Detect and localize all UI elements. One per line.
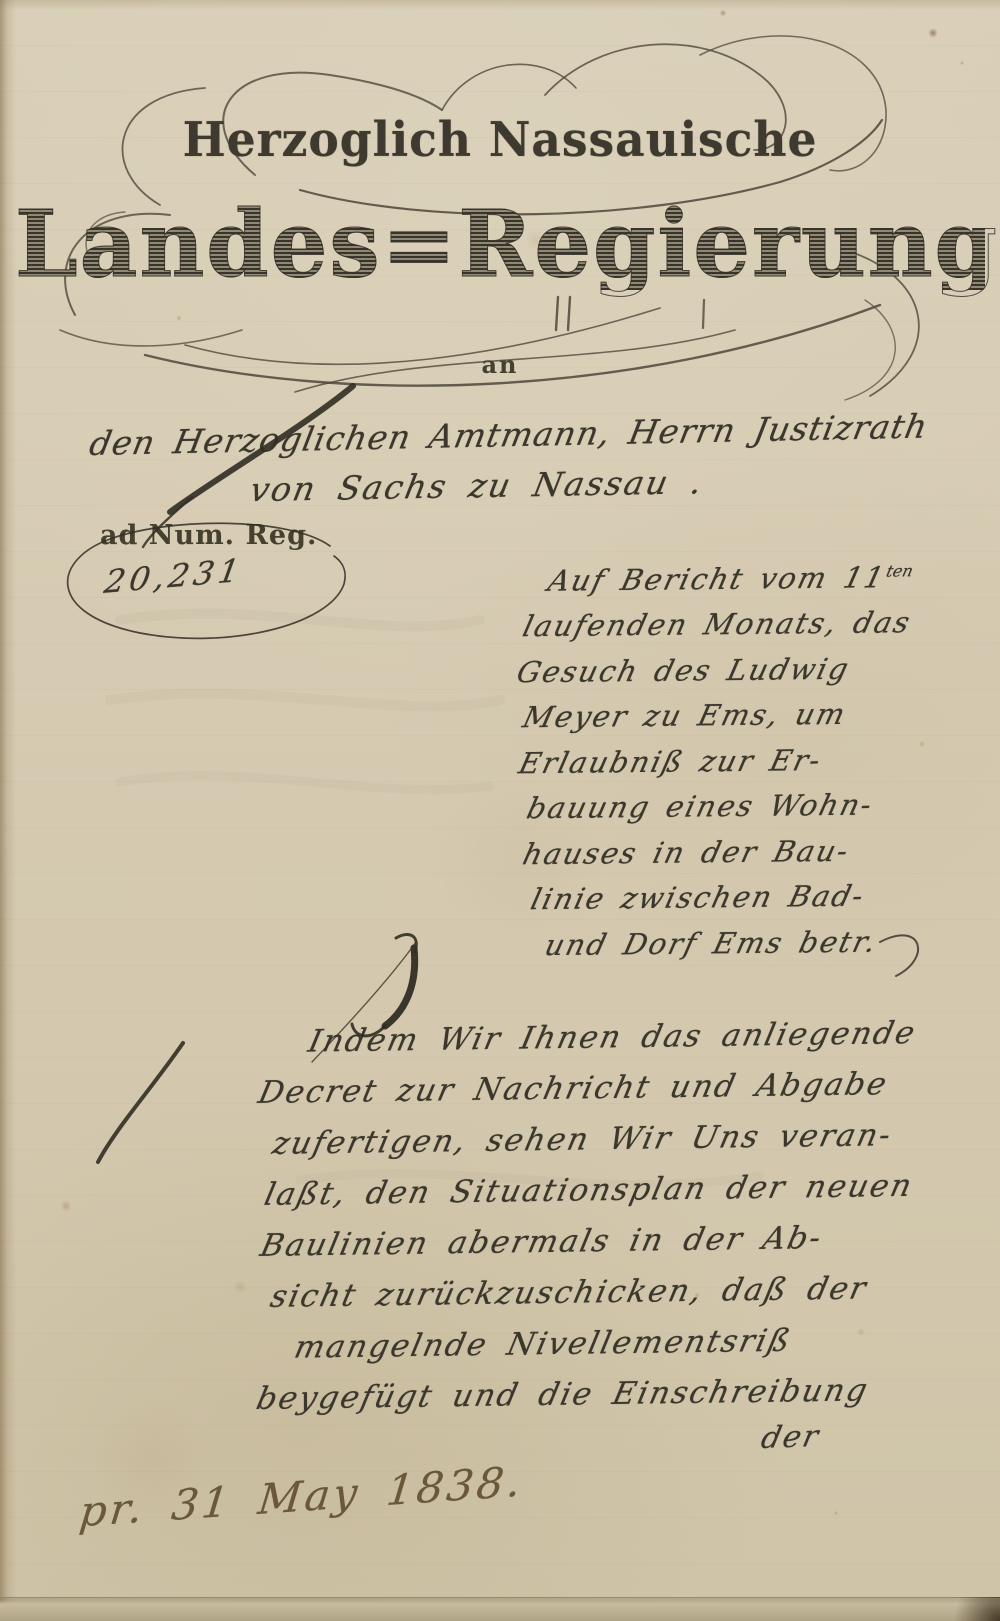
body-paragraph: Indem Wir Ihnen das anliegende Decret zu… <box>266 1012 966 1420</box>
registry-block: ad Num. Reg. 20,231 <box>100 520 317 595</box>
subject-line: Meyer zu Ems, um <box>518 691 960 741</box>
registry-label: ad Num. Reg. <box>100 520 317 551</box>
addressee-line: von Sachs zu Nassau . <box>247 458 957 509</box>
subject-line: hauses in der Bau- <box>518 827 960 877</box>
subject-line: Gesuch des Ludwig <box>512 645 960 695</box>
registry-number: 20,231 <box>102 551 247 601</box>
addressee-line: den Herzoglichen Amtmann, Herrn Justizra… <box>86 406 957 463</box>
letterhead-authority: Landes=Regierung <box>15 198 985 290</box>
manuscript-page: Herzoglich Nassauische Landes=Regierung … <box>0 0 1000 1621</box>
addressee-block: den Herzoglichen Amtmann, Herrn Justizra… <box>92 415 952 503</box>
letterhead-title: Herzoglich Nassauische <box>25 112 975 168</box>
body-line: beygefügt und die Einschreibung <box>251 1364 972 1425</box>
subject-line: laufenden Monats, das <box>518 600 960 650</box>
body-line: sicht zurückzuschicken, daß der <box>265 1262 972 1323</box>
initial-flourish <box>396 934 416 952</box>
received-date-annotation: pr. 31 May 1838. <box>77 1457 526 1537</box>
subject-paragraph: Auf Bericht vom 11ten laufenden Monats, … <box>524 550 954 966</box>
catchword: der <box>758 1419 823 1456</box>
subject-line: Auf Bericht vom 11ten <box>543 548 960 604</box>
subject-line: Erlaubniß zur Er- <box>514 736 960 786</box>
subject-line-text: Auf Bericht vom 11 <box>545 560 889 598</box>
subject-line: und Dorf Ems betr. <box>540 919 960 969</box>
page-edge-bottom <box>0 1597 1000 1621</box>
subject-line: linie zwischen Bad- <box>526 873 960 923</box>
letterhead-an: an <box>0 350 1000 379</box>
page-edge-top <box>0 0 1000 10</box>
superscript: ten <box>884 561 915 580</box>
pen-slash-margin <box>98 1043 183 1162</box>
subject-line: bauung eines Wohn- <box>522 782 960 832</box>
